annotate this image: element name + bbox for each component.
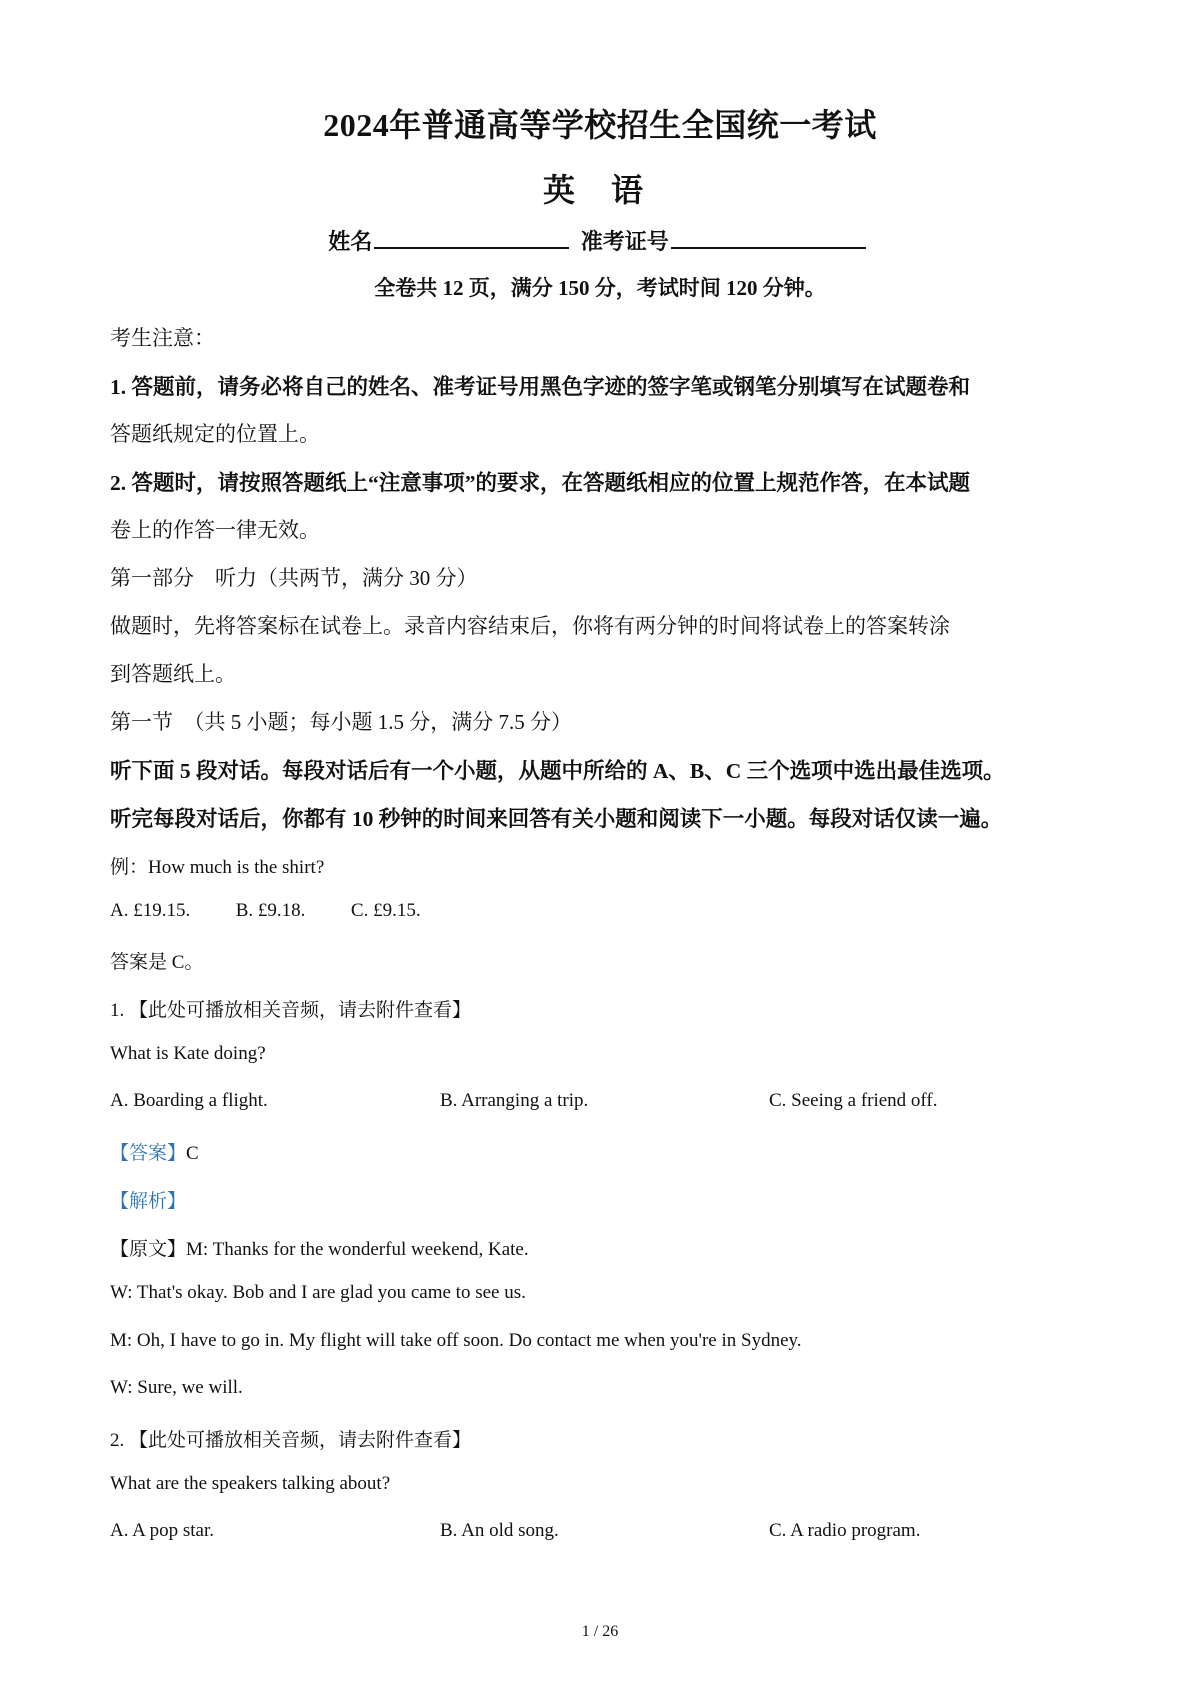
- example-option-b: B. £9.18.: [236, 900, 306, 921]
- answer-value: C: [186, 1143, 199, 1164]
- exam-meta: 全卷共 12 页，满分 150 分，考试时间 120 分钟。: [0, 272, 1200, 302]
- part1-heading: 第一部分 听力（共两节，满分 30 分）: [110, 562, 478, 592]
- section1-instruction-line2: 听完每段对话后，你都有 10 秒钟的时间来回答有关小题和阅读下一小题。每段对话仅…: [110, 802, 1002, 833]
- example-option-a: A. £19.15.: [110, 900, 190, 921]
- q2-question: What are the speakers talking about?: [110, 1473, 390, 1495]
- q1-option-a: A. Boarding a flight.: [110, 1090, 268, 1112]
- q1-answer: 【答案】C: [110, 1138, 199, 1165]
- q1-analysis-label: 【解析】: [110, 1186, 186, 1213]
- q2-option-a: A. A pop star.: [110, 1520, 214, 1542]
- example-answer: 答案是 C。: [110, 947, 203, 974]
- q1-transcript-line-1: 【原文】M: Thanks for the wonderful weekend,…: [110, 1234, 529, 1261]
- notice-item-2-line1: 2. 答题时，请按照答题纸上“注意事项”的要求，在答题纸相应的位置上规范作答，在…: [110, 466, 970, 497]
- exam-page: 2024年普通高等学校招生全国统一考试 英 语 姓名 准考证号 全卷共 12 页…: [0, 0, 1200, 1697]
- id-blank[interactable]: [671, 227, 866, 249]
- part1-instruction-line1: 做题时，先将答案标在试卷上。录音内容结束后，你将有两分钟的时间将试卷上的答案转涂: [110, 610, 950, 640]
- q1-transcript-line-2: W: That's okay. Bob and I are glad you c…: [110, 1282, 526, 1304]
- q2-option-b: B. An old song.: [440, 1520, 559, 1542]
- section1-heading: 第一节 （共 5 小题；每小题 1.5 分，满分 7.5 分）: [110, 706, 572, 736]
- example-question: 例：How much is the shirt?: [110, 852, 324, 879]
- q1-transcript-line-3: M: Oh, I have to go in. My flight will t…: [110, 1330, 802, 1352]
- exam-title: 2024年普通高等学校招生全国统一考试: [0, 100, 1200, 146]
- notice-item-1-line2: 答题纸规定的位置上。: [110, 418, 320, 448]
- transcript-text: M: Thanks for the wonderful weekend, Kat…: [186, 1239, 529, 1260]
- notice-item-2-line2: 卷上的作答一律无效。: [110, 514, 320, 544]
- q1-question: What is Kate doing?: [110, 1043, 266, 1065]
- q1-audio-note[interactable]: 1. 【此处可播放相关音频，请去附件查看】: [110, 995, 471, 1022]
- notice-heading: 考生注意：: [110, 322, 215, 352]
- q2-option-c: C. A radio program.: [769, 1520, 920, 1542]
- part1-instruction-line2: 到答题纸上。: [110, 658, 236, 688]
- section1-instruction-line1: 听下面 5 段对话。每段对话后有一个小题，从题中所给的 A、B、C 三个选项中选…: [110, 754, 1005, 785]
- q2-audio-note[interactable]: 2. 【此处可播放相关音频，请去附件查看】: [110, 1425, 471, 1452]
- candidate-info-line: 姓名 准考证号: [0, 225, 1200, 256]
- answer-label: 【答案】: [110, 1143, 186, 1164]
- q1-option-b: B. Arranging a trip.: [440, 1090, 588, 1112]
- id-label: 准考证号: [581, 229, 669, 254]
- q1-transcript-line-4: W: Sure, we will.: [110, 1377, 243, 1399]
- transcript-label: 【原文】: [110, 1239, 186, 1260]
- subject-title: 英 语: [0, 165, 1200, 211]
- example-option-c: C. £9.15.: [351, 900, 421, 921]
- name-blank[interactable]: [374, 227, 569, 249]
- page-indicator: 1 / 26: [0, 1623, 1200, 1641]
- notice-item-1-line1: 1. 答题前，请务必将自己的姓名、准考证号用黑色字迹的签字笔或钢笔分别填写在试题…: [110, 370, 970, 401]
- q1-option-c: C. Seeing a friend off.: [769, 1090, 938, 1112]
- example-options: A. £19.15. B. £9.18. C. £9.15.: [110, 900, 421, 922]
- name-label: 姓名: [328, 229, 372, 254]
